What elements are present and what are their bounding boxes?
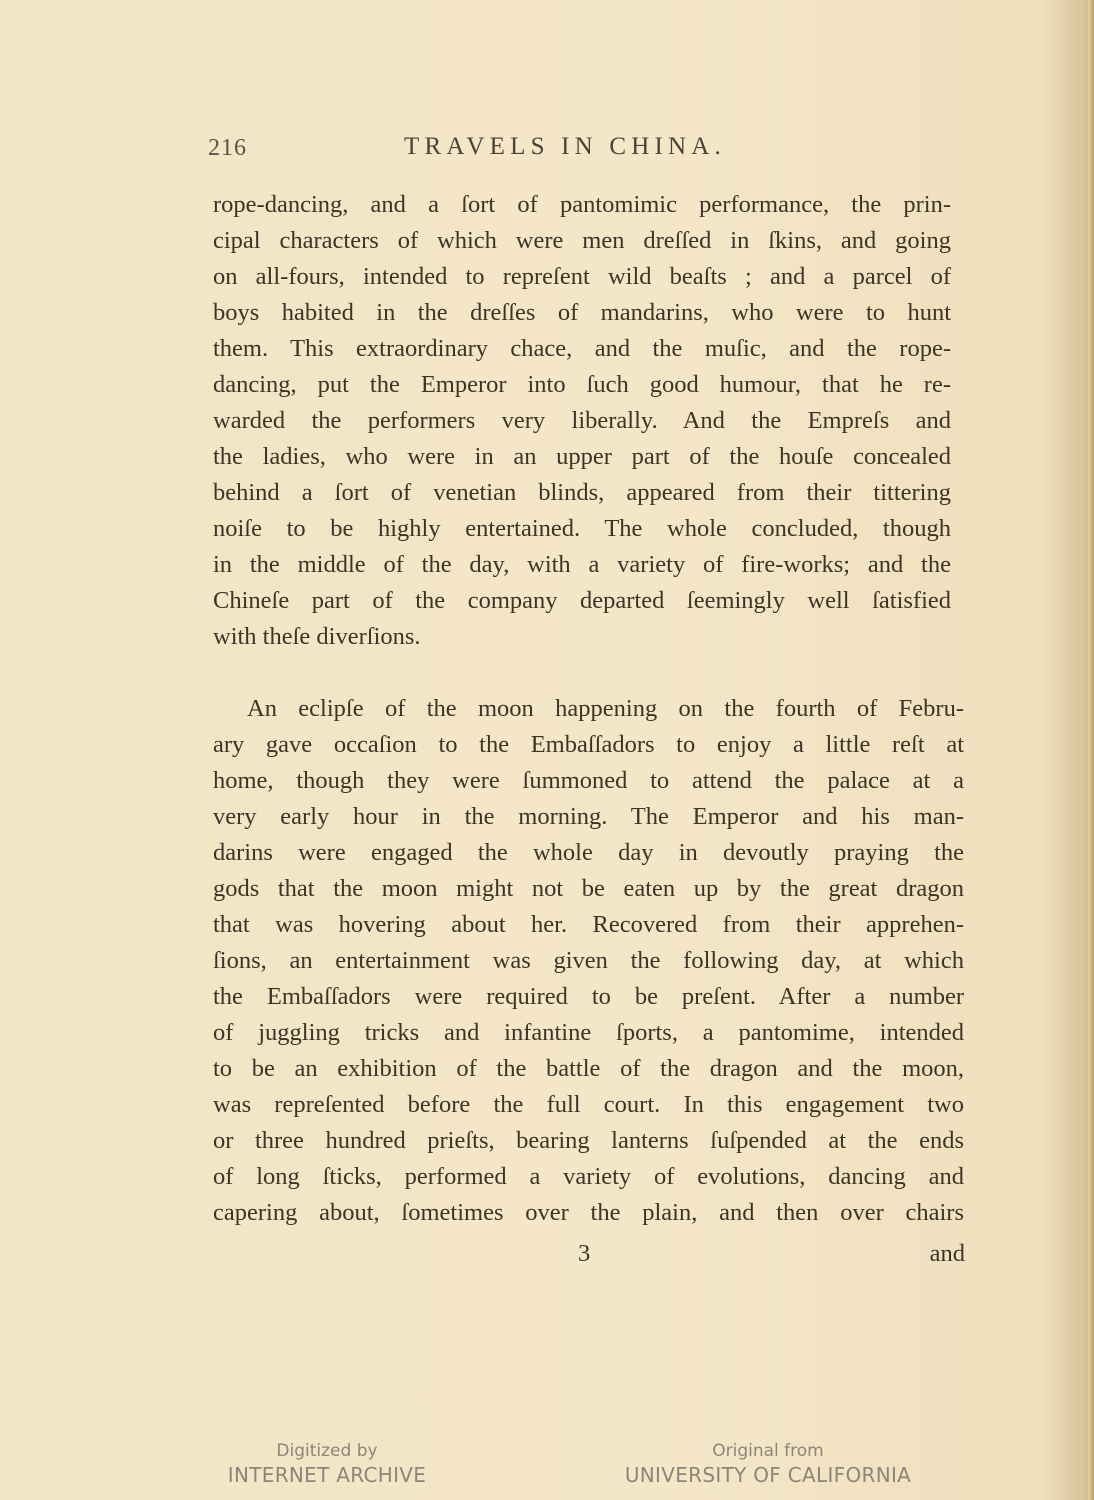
- page-number: 216: [208, 135, 247, 162]
- text-line: on all-fours, intended to repreſent wild…: [213, 259, 951, 295]
- text-line: that was hovering about her. Recovered f…: [213, 907, 964, 943]
- text-line: or three hundred prieſts, bearing lanter…: [213, 1123, 964, 1159]
- internet-archive-label: INTERNET ARCHIVE: [222, 1462, 432, 1488]
- text-line: rope-dancing, and a ſort of pantomimic p…: [213, 187, 951, 223]
- text-line: noiſe to be highly entertained. The whol…: [213, 511, 951, 547]
- text-line: to be an exhibition of the battle of the…: [213, 1051, 964, 1087]
- text-line: cipal characters of which were men dreſſ…: [213, 223, 951, 259]
- digitized-by-watermark: Digitized by INTERNET ARCHIVE: [222, 1440, 432, 1488]
- page-binding-edge: [1088, 0, 1094, 1500]
- paragraph-1: rope-dancing, and a ſort of pantomimic p…: [213, 187, 951, 655]
- running-title: TRAVELS IN CHINA.: [404, 133, 726, 161]
- text-line: the ladies, who were in an upper part of…: [213, 439, 951, 475]
- book-page: 216 TRAVELS IN CHINA. rope-dancing, and …: [0, 0, 1094, 1500]
- text-line: very early hour in the morning. The Empe…: [213, 799, 964, 835]
- text-line: home, though they were ſummoned to atten…: [213, 763, 964, 799]
- text-line: warded the performers very liberally. An…: [213, 403, 951, 439]
- catchword: and: [930, 1236, 965, 1272]
- text-line: ſions, an entertainment was given the fo…: [213, 943, 964, 979]
- university-label: UNIVERSITY OF CALIFORNIA: [620, 1462, 916, 1488]
- text-line: the Embaſſadors were required to be preſ…: [213, 979, 964, 1015]
- text-line: behind a ſort of venetian blinds, appear…: [213, 475, 951, 511]
- paragraph-2: An eclipſe of the moon happening on the …: [213, 691, 964, 1231]
- signature-mark: 3: [578, 1236, 590, 1272]
- text-line: was repreſented before the full court. I…: [213, 1087, 964, 1123]
- text-line: Chineſe part of the company departed ſee…: [213, 583, 951, 619]
- text-line: An eclipſe of the moon happening on the …: [213, 691, 964, 727]
- text-line: of juggling tricks and infantine ſports,…: [213, 1015, 964, 1051]
- text-line: darins were engaged the whole day in dev…: [213, 835, 964, 871]
- text-line: them. This extraordinary chace, and the …: [213, 331, 951, 367]
- original-from-label: Original from: [620, 1440, 916, 1462]
- digitized-by-label: Digitized by: [222, 1440, 432, 1462]
- text-line: gods that the moon might not be eaten up…: [213, 871, 964, 907]
- page-foot: 3 and: [213, 1236, 965, 1272]
- text-line: boys habited in the dreſſes of mandarins…: [213, 295, 951, 331]
- text-line: dancing, put the Emperor into ſuch good …: [213, 367, 951, 403]
- text-line: capering about, ſometimes over the plain…: [213, 1195, 964, 1231]
- text-line: of long ſticks, performed a variety of e…: [213, 1159, 964, 1195]
- text-line: with theſe diverſions.: [213, 619, 951, 655]
- original-from-watermark: Original from UNIVERSITY OF CALIFORNIA: [620, 1440, 916, 1488]
- text-line: ary gave occaſion to the Embaſſadors to …: [213, 727, 964, 763]
- text-line: in the middle of the day, with a variety…: [213, 547, 951, 583]
- running-head: 216 TRAVELS IN CHINA.: [205, 133, 765, 167]
